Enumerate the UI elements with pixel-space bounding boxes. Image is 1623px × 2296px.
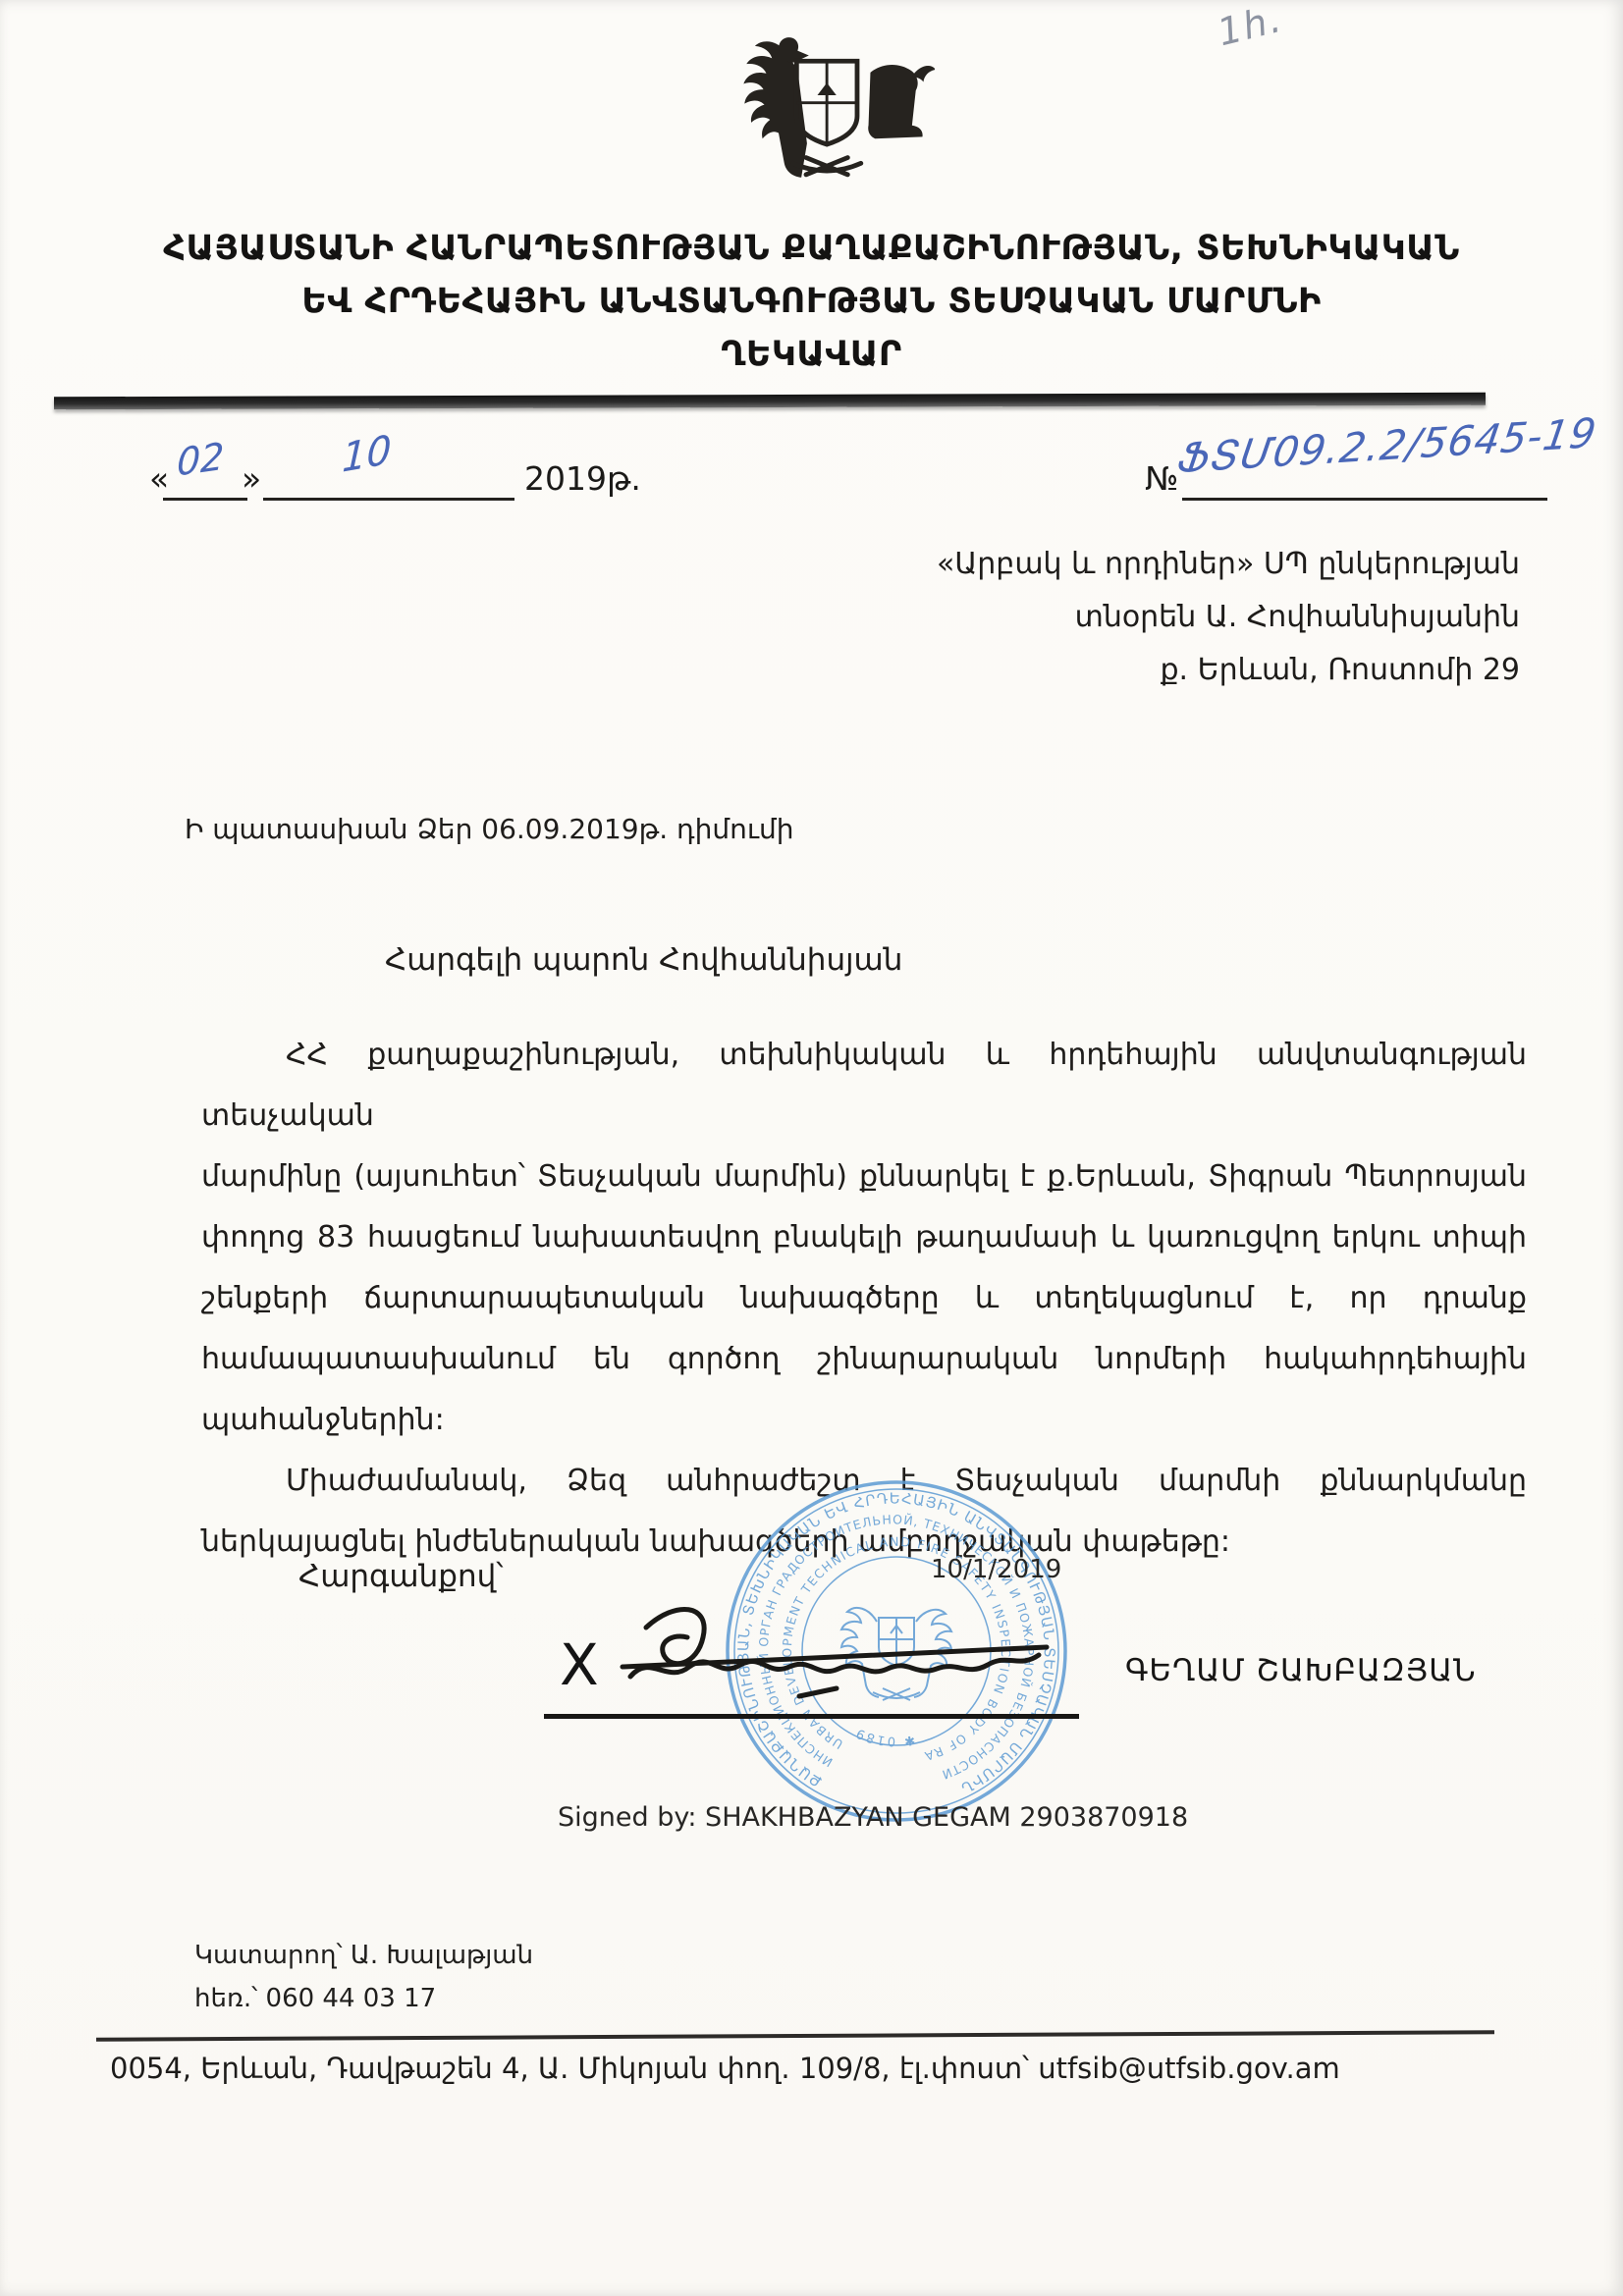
- letter-page: 1հ. ՀԱՅԱՍՏԱՆԻ ՀԱՆՐԱՊԵՏՈՒԹՅԱՆ ՔԱՂԱՔԱՇԻՆՈՒ…: [0, 0, 1623, 2296]
- date-year: 2019թ.: [524, 459, 641, 498]
- pencil-annotation: 1հ.: [1214, 0, 1287, 54]
- recipient-address: ք. Երևան, Ռոստոմի 29: [937, 644, 1520, 697]
- header-divider: [54, 393, 1486, 410]
- letterhead-line-3: ՂԵԿԱՎԱՐ: [0, 328, 1623, 381]
- recipient-company: «Արբակ և որդիներ» ՍՊ ընկերության: [937, 538, 1520, 591]
- letterhead-line-2: ԵՎ ՀՐԴԵՀԱՅԻՆ ԱՆՎՏԱՆԳՈՒԹՅԱՆ ՏԵՍՉԱԿԱՆ ՄԱՐՄ…: [0, 275, 1623, 328]
- handwritten-month: 10: [342, 427, 393, 482]
- date-quote-close: »: [242, 459, 261, 498]
- letterhead-line-1: ՀԱՅԱՍՏԱՆԻ ՀԱՆՐԱՊԵՏՈՒԹՅԱՆ ՔԱՂԱՔԱՇԻՆՈՒԹՅԱՆ…: [0, 222, 1623, 275]
- digital-signed-by: Signed by: SHAKHBAZYAN GEGAM 2903870918: [558, 1802, 1188, 1833]
- signature-x-mark: X: [560, 1631, 599, 1698]
- signatory-name: ԳԵՂԱՄ ՇԱԽԲԱԶՅԱՆ: [1125, 1653, 1477, 1688]
- recipient-director: տնօրեն Ա. Հովհաննիսյանին: [937, 591, 1520, 644]
- body-line: շենքերի ճարտարապետական նախագծերը և տեղեկ…: [201, 1268, 1527, 1329]
- signature-line: [544, 1714, 1079, 1719]
- salutation: Հարգելի պարոն Հովհաննիսյան: [385, 942, 902, 978]
- body-line: պահանջներին:: [201, 1390, 1527, 1451]
- executor-block: Կատարող՝ Ա. Խալաթյան հեռ.՝ 060 44 03 17: [194, 1934, 533, 2020]
- number-label: №: [1145, 459, 1178, 498]
- date-quote-open: «: [149, 459, 169, 498]
- month-underline: [263, 498, 514, 501]
- footer-address: 0054, Երևան, Դավթաշեն 4, Ա. Միկոյան փող.…: [110, 2052, 1340, 2085]
- handwritten-number: ՖՏՄ09.2.2/5645-19: [1175, 409, 1600, 483]
- footer-divider: [96, 2030, 1494, 2041]
- executor-phone: հեռ.՝ 060 44 03 17: [194, 1977, 533, 2020]
- day-underline: [163, 498, 247, 501]
- digital-signature-date: 10/1/2019: [931, 1555, 1061, 1584]
- letterhead: ՀԱՅԱՍՏԱՆԻ ՀԱՆՐԱՊԵՏՈՒԹՅԱՆ ՔԱՂԱՔԱՇԻՆՈՒԹՅԱՆ…: [0, 222, 1623, 381]
- signature-stroke: [617, 1594, 1068, 1722]
- body-line: փողոց 83 հասցեում նախատեսվող բնակելի թաղ…: [201, 1207, 1527, 1268]
- body-line: համապատասխանում են գործող շինարարական նո…: [201, 1329, 1527, 1390]
- body-line: մարմինը (այսուհետ՝ Տեսչական մարմին) քննա…: [201, 1147, 1527, 1207]
- number-underline: [1182, 498, 1547, 501]
- recipient-block: «Արբակ և որդիներ» ՍՊ ընկերության տնօրեն …: [937, 538, 1520, 697]
- executor-name: Կատարող՝ Ա. Խալաթյան: [194, 1934, 533, 1977]
- closing-line: Հարգանքով՝: [298, 1559, 504, 1594]
- handwritten-day: 02: [176, 434, 224, 484]
- reference-line: Ի պատասխան Ձեր 06.09.2019թ. դիմումի: [185, 813, 794, 845]
- coat-of-arms-icon: [727, 24, 935, 216]
- body-line: ՀՀ քաղաքաշինության, տեխնիկական և հրդեհայ…: [201, 1025, 1527, 1147]
